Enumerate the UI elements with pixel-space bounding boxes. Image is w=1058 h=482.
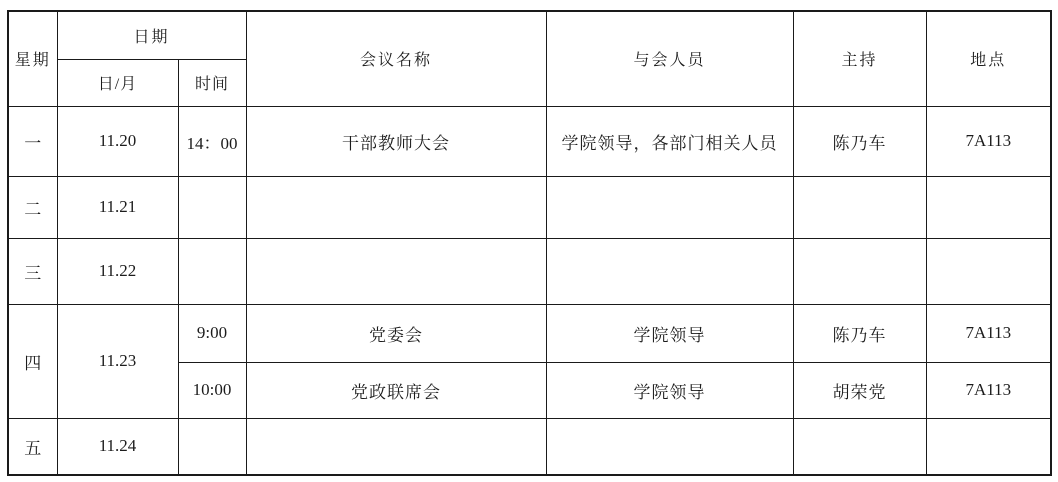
cell-location xyxy=(926,418,1051,475)
cell-location xyxy=(926,176,1051,238)
cell-host xyxy=(793,238,926,304)
meeting-schedule-table: 星期 日期 会议名称 与会人员 主持 地点 日/月 时间 一 11.20 14：… xyxy=(7,10,1052,476)
cell-host: 胡荣党 xyxy=(793,362,926,418)
cell-attendees: 学院领导 xyxy=(546,362,793,418)
cell-meeting: 党委会 xyxy=(246,304,546,362)
table-row-monday: 一 11.20 14：00 干部教师大会 学院领导，各部门相关人员 陈乃车 7A… xyxy=(8,106,1051,176)
cell-time xyxy=(178,418,246,475)
cell-attendees: 学院领导，各部门相关人员 xyxy=(546,106,793,176)
cell-time: 9:00 xyxy=(178,304,246,362)
cell-host xyxy=(793,176,926,238)
table-row-thursday-session1: 四 11.23 9:00 党委会 学院领导 陈乃车 7A113 xyxy=(8,304,1051,362)
cell-meeting: 党政联席会 xyxy=(246,362,546,418)
header-day-month: 日/月 xyxy=(57,59,178,106)
cell-date: 11.20 xyxy=(57,106,178,176)
cell-weekday: 五 xyxy=(8,418,57,475)
cell-date: 11.21 xyxy=(57,176,178,238)
cell-time xyxy=(178,176,246,238)
cell-location: 7A113 xyxy=(926,304,1051,362)
cell-meeting xyxy=(246,238,546,304)
header-host: 主持 xyxy=(793,11,926,106)
cell-date: 11.22 xyxy=(57,238,178,304)
header-location: 地点 xyxy=(926,11,1051,106)
cell-attendees xyxy=(546,238,793,304)
header-weekday: 星期 xyxy=(8,11,57,106)
cell-date: 11.23 xyxy=(57,304,178,418)
cell-location: 7A113 xyxy=(926,362,1051,418)
cell-location xyxy=(926,238,1051,304)
cell-attendees: 学院领导 xyxy=(546,304,793,362)
header-time: 时间 xyxy=(178,59,246,106)
cell-weekday: 四 xyxy=(8,304,57,418)
cell-meeting xyxy=(246,418,546,475)
header-attendees: 与会人员 xyxy=(546,11,793,106)
cell-attendees xyxy=(546,176,793,238)
cell-host: 陈乃车 xyxy=(793,304,926,362)
cell-time: 10:00 xyxy=(178,362,246,418)
table-row-friday: 五 11.24 xyxy=(8,418,1051,475)
cell-meeting: 干部教师大会 xyxy=(246,106,546,176)
cell-time xyxy=(178,238,246,304)
cell-weekday: 三 xyxy=(8,238,57,304)
cell-attendees xyxy=(546,418,793,475)
cell-location: 7A113 xyxy=(926,106,1051,176)
cell-meeting xyxy=(246,176,546,238)
cell-weekday: 一 xyxy=(8,106,57,176)
table-row-wednesday: 三 11.22 xyxy=(8,238,1051,304)
header-date-group: 日期 xyxy=(57,11,246,59)
cell-date: 11.24 xyxy=(57,418,178,475)
cell-host xyxy=(793,418,926,475)
cell-weekday: 二 xyxy=(8,176,57,238)
header-meeting-name: 会议名称 xyxy=(246,11,546,106)
table-row-tuesday: 二 11.21 xyxy=(8,176,1051,238)
cell-host: 陈乃车 xyxy=(793,106,926,176)
cell-time: 14：00 xyxy=(178,106,246,176)
header-row-top: 星期 日期 会议名称 与会人员 主持 地点 xyxy=(8,11,1051,59)
